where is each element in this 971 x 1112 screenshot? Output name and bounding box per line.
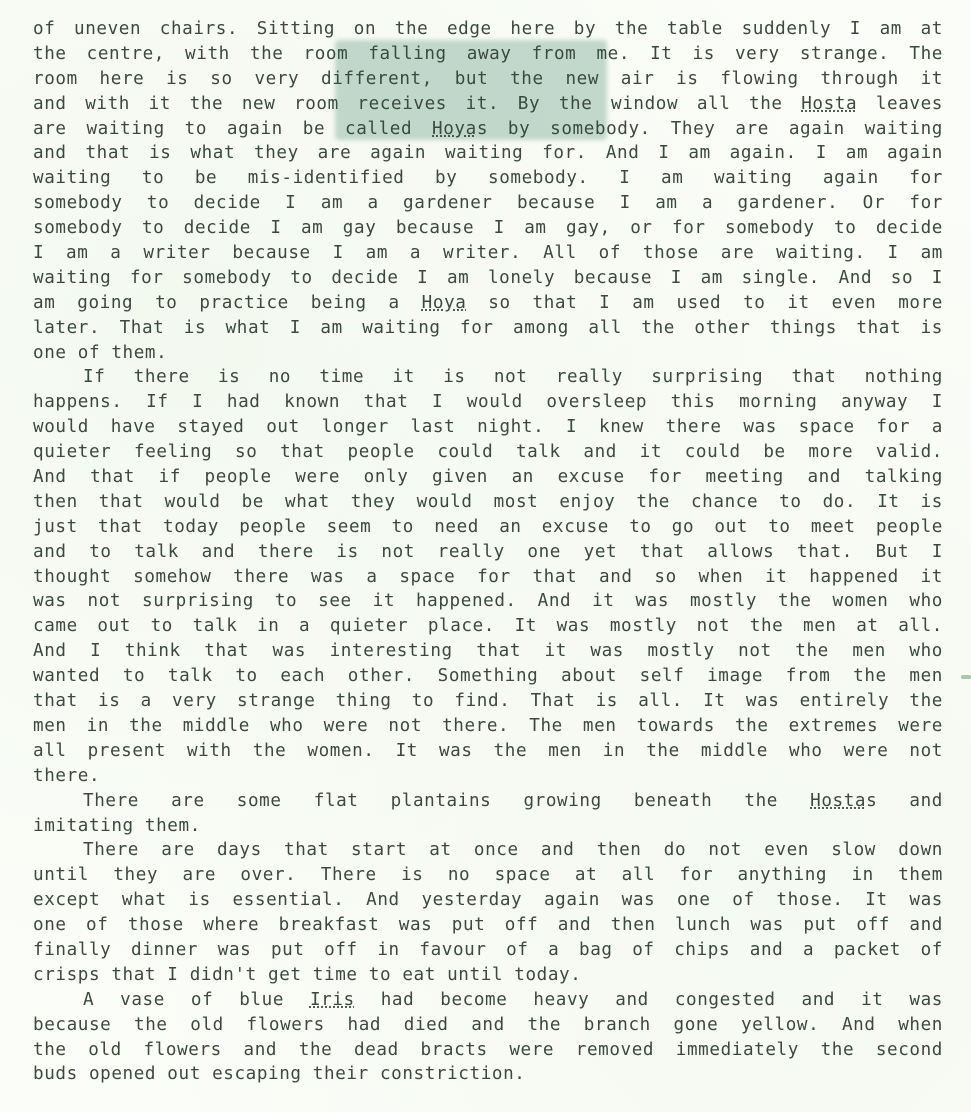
text-line: just that today people seem to need an e… (33, 515, 943, 540)
text-line: and to talk and there is not really one … (33, 540, 943, 565)
text-line: somebody to decide I am gay because I am… (33, 216, 943, 241)
text-line: all present with the women. It was the m… (33, 739, 943, 764)
text-line: am going to practice being a Hoya so tha… (33, 291, 943, 316)
text-line: And that if people were only given an ex… (33, 465, 943, 490)
text-line: and with it the new room receives it. By… (33, 92, 943, 117)
text-line: I am a writer because I am a writer. All… (33, 241, 943, 266)
text-line: There are days that start at once and th… (33, 838, 943, 863)
text-line: room here is so very different, but the … (33, 67, 943, 92)
text-line: imitating them. (33, 814, 943, 839)
text-line: one of them. (33, 341, 943, 366)
text-line: and that is what they are again waiting … (33, 141, 943, 166)
text-line: There are some flat plantains growing be… (33, 789, 943, 814)
underlined-word: Hoya (422, 293, 467, 313)
text-line: the old flowers and the dead bracts were… (33, 1038, 943, 1063)
underlined-word: Hosta (801, 94, 857, 114)
text-line: buds opened out escaping their constrict… (33, 1062, 943, 1087)
scanned-page: of uneven chairs. Sitting on the edge he… (0, 0, 971, 1112)
text-line: waiting to be mis-identified by somebody… (33, 166, 943, 191)
text-line: was not surprising to see it happened. A… (33, 589, 943, 614)
underlined-word: Hosta (810, 791, 866, 811)
text-line: until they are over. There is no space a… (33, 863, 943, 888)
text-line: the centre, with the room falling away f… (33, 42, 943, 67)
text-line: If there is no time it is not really sur… (33, 365, 943, 390)
typewritten-text: of uneven chairs. Sitting on the edge he… (33, 17, 943, 1087)
text-line: there. (33, 764, 943, 789)
text-line: wanted to talk to each other. Something … (33, 664, 943, 689)
underlined-word: Iris (310, 990, 355, 1010)
text-line: came out to talk in a quieter place. It … (33, 614, 943, 639)
text-line: then that would be what they would most … (33, 490, 943, 515)
text-line: later. That is what I am waiting for amo… (33, 316, 943, 341)
ink-smudge (961, 675, 971, 679)
text-line: would have stayed out longer last night.… (33, 415, 943, 440)
text-line: somebody to decide I am a gardener becau… (33, 191, 943, 216)
text-line: that is a very strange thing to find. Th… (33, 689, 943, 714)
text-line: crisps that I didn't get time to eat unt… (33, 963, 943, 988)
text-line: are waiting to again be called Hoyas by … (33, 117, 943, 142)
text-line: waiting for somebody to decide I am lone… (33, 266, 943, 291)
text-line: one of those where breakfast was put off… (33, 913, 943, 938)
text-line: A vase of blue Iris had become heavy and… (33, 988, 943, 1013)
underlined-word: Hoya (432, 119, 477, 139)
text-line: except what is essential. And yesterday … (33, 888, 943, 913)
text-line: And I think that was interesting that it… (33, 639, 943, 664)
text-line: happens. If I had known that I would ove… (33, 390, 943, 415)
text-line: because the old flowers had died and the… (33, 1013, 943, 1038)
text-line: men in the middle who were not there. Th… (33, 714, 943, 739)
text-line: thought somehow there was a space for th… (33, 565, 943, 590)
text-line: of uneven chairs. Sitting on the edge he… (33, 17, 943, 42)
text-line: finally dinner was put off in favour of … (33, 938, 943, 963)
text-line: quieter feeling so that people could tal… (33, 440, 943, 465)
